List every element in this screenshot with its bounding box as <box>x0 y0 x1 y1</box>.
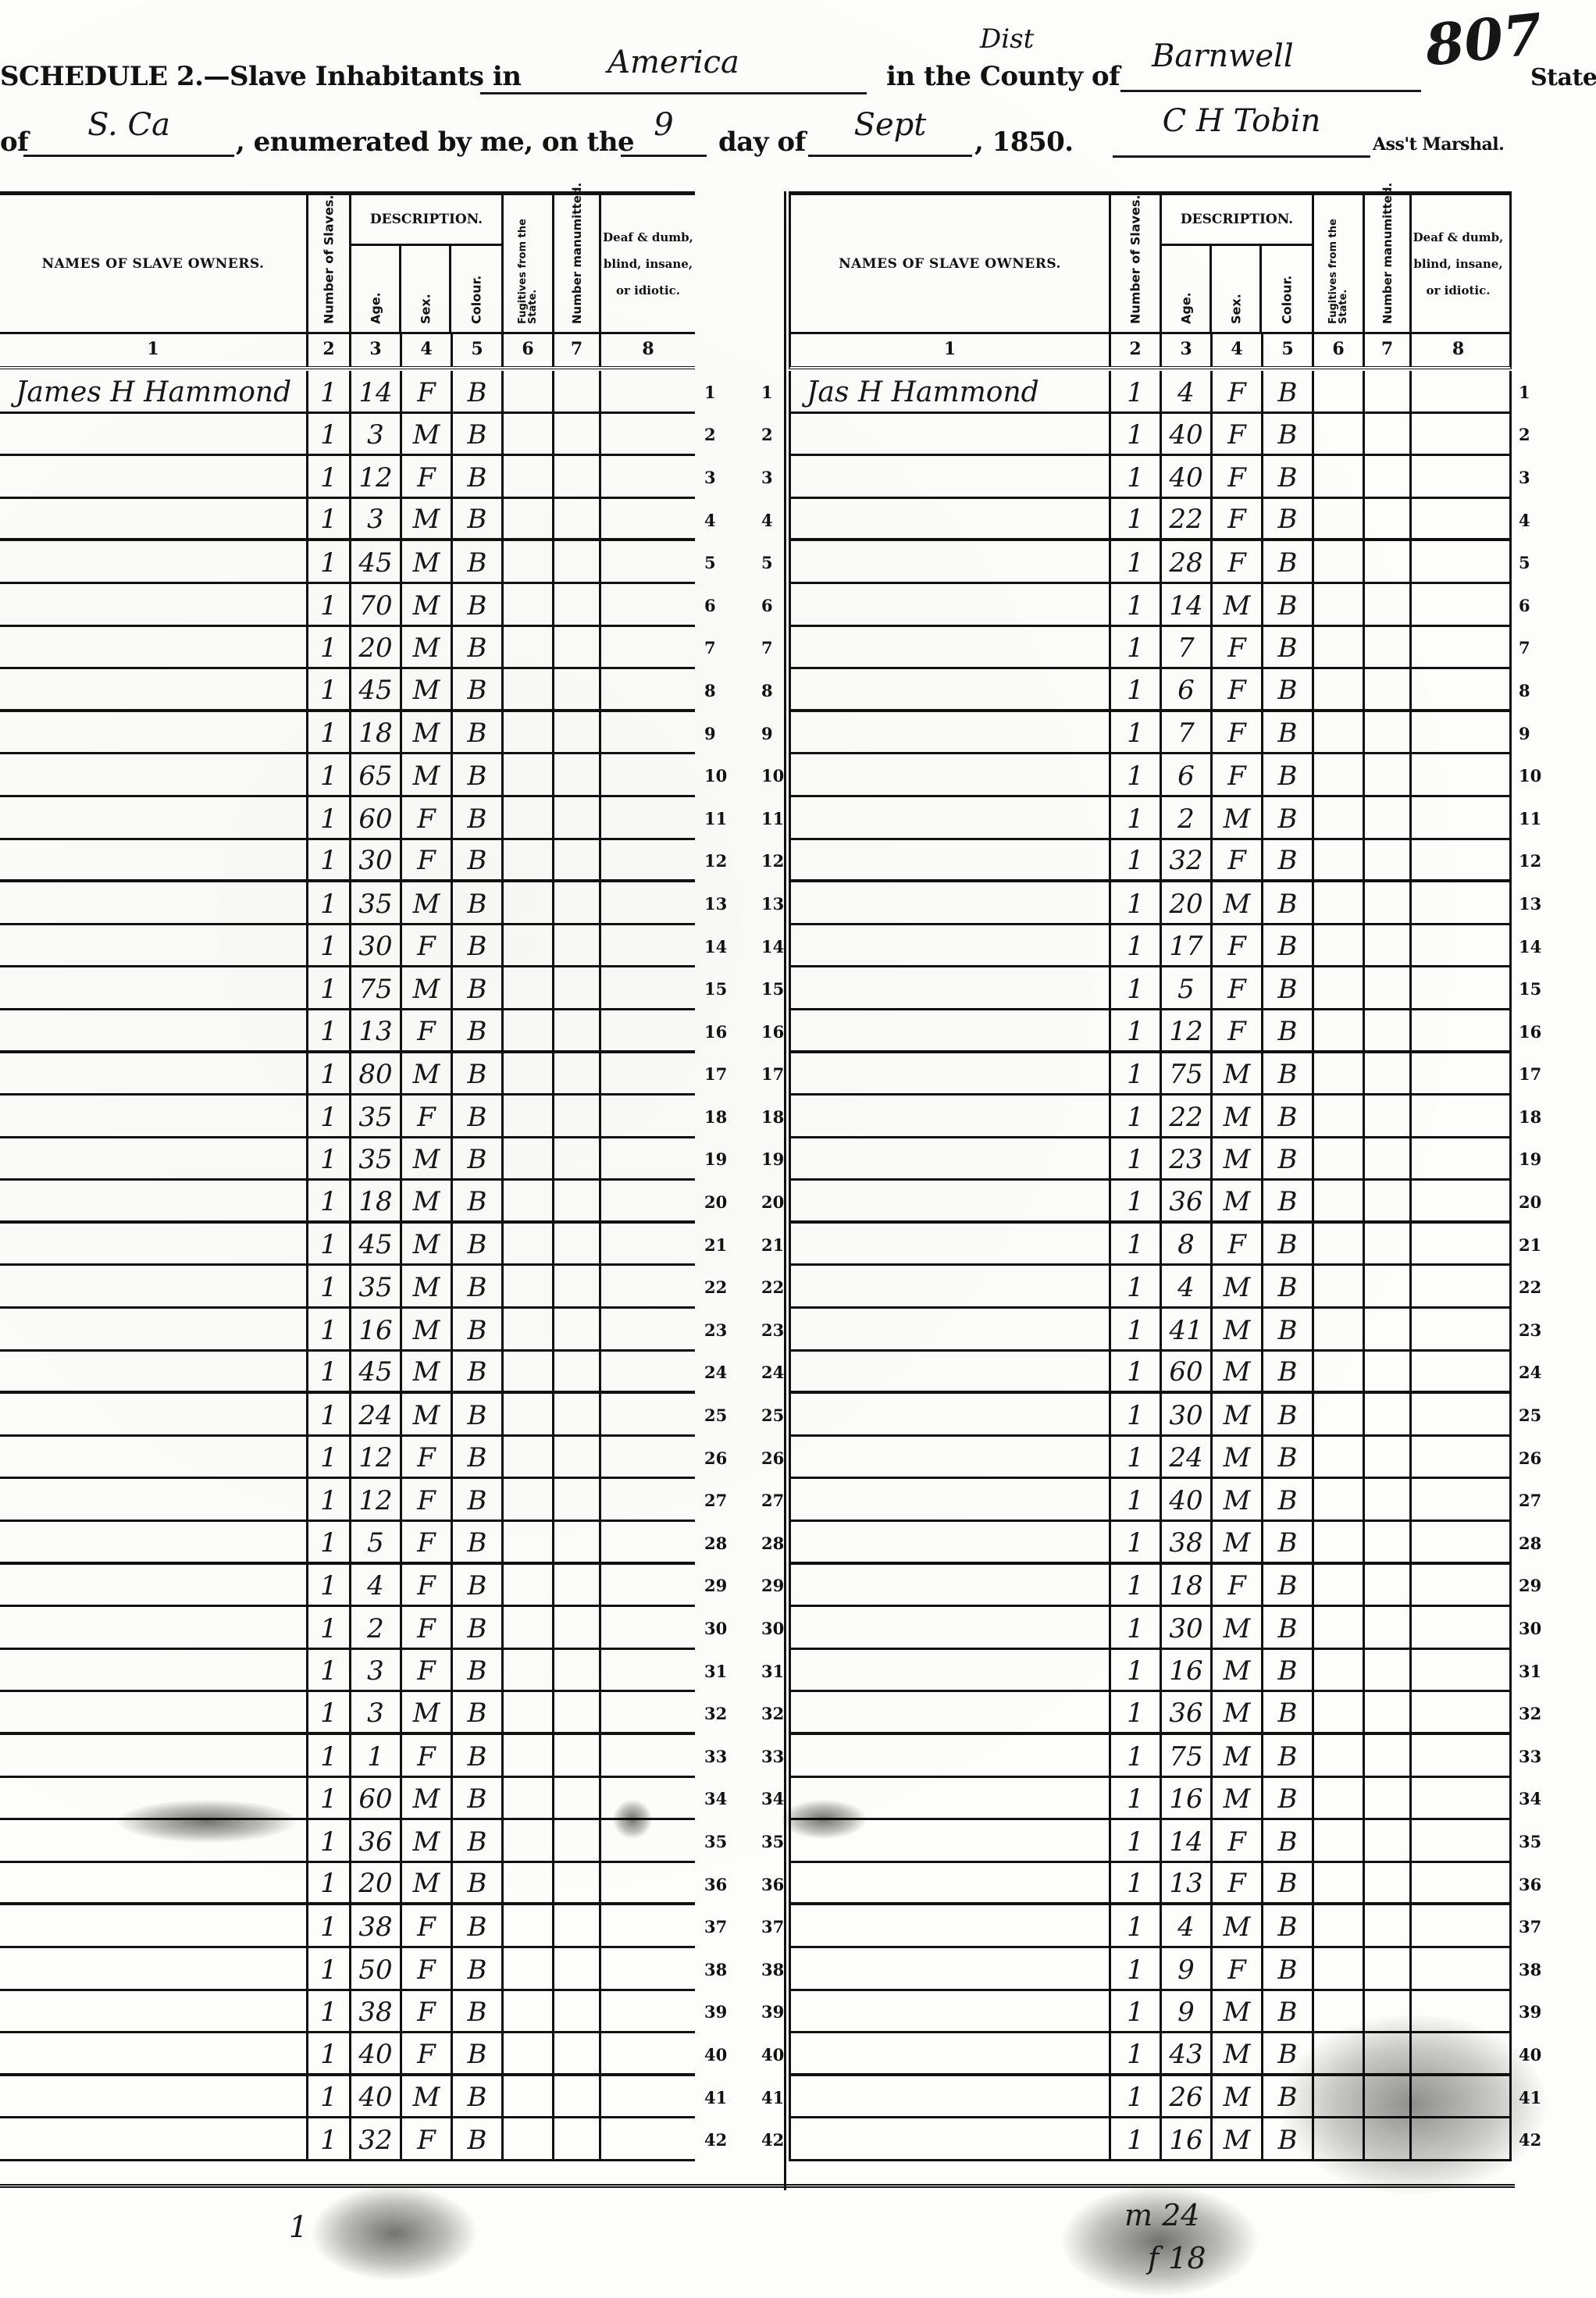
sex-cell: F <box>1213 1565 1263 1605</box>
table-row: 15FB <box>791 967 1509 1010</box>
manumitted-cell <box>1365 1181 1412 1220</box>
county-prefix-label: in the County of <box>886 61 1120 92</box>
owner-name-cell <box>791 499 1111 539</box>
number-of-slaves-cell: 1 <box>308 456 351 497</box>
year-label-wrap: , 1850. <box>974 126 1074 158</box>
manumitted-cell <box>1365 1735 1412 1776</box>
number-of-slaves-cell: 1 <box>308 1735 351 1776</box>
sex-cell: F <box>1213 499 1263 539</box>
table-row: 12MB <box>791 797 1509 840</box>
table-row: 116MB <box>791 1650 1509 1693</box>
owner-name-cell <box>791 1991 1111 2032</box>
colour-cell: B <box>453 712 504 753</box>
owner-name-cell <box>0 1394 308 1434</box>
number-of-slaves-cell: 1 <box>308 1820 351 1861</box>
line-number: 2 <box>704 414 736 457</box>
age-cell: 18 <box>351 712 402 753</box>
sex-cell: M <box>1213 1692 1263 1732</box>
line-number: 17 <box>1519 1053 1566 1096</box>
manumitted-cell <box>1365 925 1412 966</box>
age-cell: 6 <box>1162 669 1213 709</box>
sex-cell: M <box>1213 1991 1263 2032</box>
number-column-header: Number of Slaves. <box>308 195 351 332</box>
line-number: 9 <box>1519 712 1566 755</box>
table-row: 130MB <box>791 1607 1509 1650</box>
age-cell: 16 <box>1162 2118 1213 2159</box>
age-cell: 30 <box>1162 1394 1213 1434</box>
deaf-blind-cell <box>601 1650 695 1691</box>
colour-cell: B <box>453 627 504 668</box>
manumitted-cell <box>1365 712 1412 753</box>
colour-cell: B <box>453 1650 504 1691</box>
owner-name-cell <box>0 1352 308 1391</box>
manumitted-cell <box>1365 882 1412 923</box>
line-number: 21 <box>1519 1224 1566 1267</box>
number-of-slaves-cell: 1 <box>1111 1224 1162 1264</box>
district-note: Dist <box>980 23 1034 55</box>
sex-cell: F <box>402 1650 453 1691</box>
deaf-blind-cell <box>1412 1224 1505 1264</box>
colour-cell: B <box>1263 1650 1314 1691</box>
number-of-slaves-cell: 1 <box>308 1437 351 1477</box>
age-cell: 4 <box>1162 1266 1213 1306</box>
number-of-slaves-cell: 1 <box>308 1863 351 1903</box>
deaf-blind-cell <box>601 1437 695 1477</box>
deaf-blind-cell <box>601 1053 695 1094</box>
sex-cell: M <box>402 1309 453 1349</box>
line-number: 34 <box>1519 1778 1566 1821</box>
age-column-label: Age. <box>368 292 383 324</box>
owner-name-cell <box>0 1607 308 1648</box>
deaf-blind-cell <box>1412 882 1505 923</box>
number-of-slaves-cell: 1 <box>1111 1650 1162 1691</box>
age-cell: 4 <box>351 1565 402 1605</box>
day-value: 9 <box>654 107 673 143</box>
sex-column-header: Sex. <box>1212 246 1262 332</box>
colour-cell: B <box>1263 882 1314 923</box>
table-row: 175MB <box>791 1053 1509 1096</box>
number-of-slaves-cell: 1 <box>1111 541 1162 582</box>
age-cell: 17 <box>1162 925 1213 966</box>
table-row: 116MB <box>0 1309 695 1352</box>
colour-cell: B <box>453 1266 504 1306</box>
line-number: 19 <box>704 1138 736 1181</box>
sex-cell: M <box>1213 1394 1263 1434</box>
table-row: 140FB <box>791 414 1509 457</box>
age-cell: 3 <box>351 1650 402 1691</box>
line-number: 4 <box>704 499 736 542</box>
fugitives-cell <box>504 2076 554 2117</box>
sex-cell: M <box>402 712 453 753</box>
line-number: 26 <box>1519 1437 1566 1480</box>
fugitives-column-header: Fugitives from the State. <box>1314 195 1365 332</box>
deaf-blind-cell <box>601 1309 695 1349</box>
colour-cell: B <box>453 925 504 966</box>
line-number: 37 <box>761 1905 793 1948</box>
table-row: 128FB <box>791 541 1509 584</box>
line-number: 25 <box>1519 1394 1566 1437</box>
table-row: 150FB <box>0 1948 695 1991</box>
sex-cell: M <box>1213 1266 1263 1306</box>
manumitted-cell <box>554 669 601 709</box>
line-number: 15 <box>1519 967 1566 1010</box>
table-row: 138FB <box>0 1991 695 2034</box>
line-number: 7 <box>761 627 793 670</box>
number-of-slaves-cell: 1 <box>1111 2033 1162 2073</box>
line-number: 39 <box>761 1991 793 2034</box>
colour-cell: B <box>453 1522 504 1562</box>
owner-name-cell <box>791 1735 1111 1776</box>
age-cell: 60 <box>1162 1352 1213 1391</box>
ink-smudge <box>312 2186 476 2280</box>
deaf-blind-cell <box>601 2118 695 2159</box>
manumitted-column-label: Number manumitted. <box>1380 183 1395 324</box>
number-of-slaves-cell: 1 <box>1111 669 1162 709</box>
age-column-header: Age. <box>1162 246 1212 332</box>
deaf-blind-cell <box>1412 414 1505 454</box>
table-row: 136MB <box>0 1820 695 1863</box>
fugitives-cell <box>1314 967 1365 1008</box>
manumitted-cell <box>554 754 601 795</box>
age-cell: 3 <box>351 414 402 454</box>
colour-column-label: Colour. <box>469 276 484 324</box>
sex-cell: M <box>1213 2076 1263 2117</box>
manumitted-cell <box>554 1692 601 1732</box>
manumitted-cell <box>554 2033 601 2073</box>
manumitted-cell <box>554 1863 601 1903</box>
manumitted-cell <box>1365 1778 1412 1819</box>
table-row: 13MB <box>0 414 695 457</box>
fugitives-cell <box>1314 1010 1365 1050</box>
line-number: 19 <box>761 1138 793 1181</box>
sex-cell: F <box>1213 712 1263 753</box>
colour-cell: B <box>453 882 504 923</box>
sex-cell: M <box>1213 797 1263 838</box>
sex-cell: F <box>1213 627 1263 668</box>
colour-cell: B <box>453 456 504 497</box>
column-header-row: NAMES OF SLAVE OWNERS. Number of Slaves.… <box>789 191 1512 334</box>
owner-name-cell <box>791 1479 1111 1520</box>
owner-name-cell <box>0 1053 308 1094</box>
age-cell: 7 <box>1162 627 1213 668</box>
owner-name-cell <box>791 627 1111 668</box>
line-number: 28 <box>761 1522 793 1565</box>
page-number: 807 <box>1422 0 1545 78</box>
owner-name-cell <box>0 2033 308 2073</box>
owner-name-cell <box>0 1224 308 1264</box>
line-number: 31 <box>1519 1650 1566 1693</box>
sex-cell: M <box>402 1181 453 1220</box>
line-number: 18 <box>1519 1096 1566 1138</box>
table-row: 135MB <box>0 1266 695 1309</box>
age-cell: 32 <box>351 2118 402 2159</box>
age-cell: 4 <box>1162 371 1213 412</box>
age-cell: 60 <box>351 1778 402 1819</box>
table-row: 135MB <box>0 882 695 925</box>
number-of-slaves-cell: 1 <box>1111 1479 1162 1520</box>
manumitted-cell <box>554 499 601 539</box>
age-cell: 65 <box>351 754 402 795</box>
fugitives-cell <box>1314 1607 1365 1648</box>
number-of-slaves-cell: 1 <box>1111 1820 1162 1861</box>
enumerated-label-wrap: , enumerated by me, on the <box>236 126 634 158</box>
age-cell: 70 <box>351 584 402 625</box>
column-number: 5 <box>453 332 504 366</box>
table-row: 120MB <box>0 1863 695 1906</box>
age-column-label: Age. <box>1178 292 1193 324</box>
line-number: 32 <box>704 1692 736 1735</box>
table-row: 180MB <box>0 1053 695 1096</box>
county-label-wrap: in the County of <box>886 61 1120 92</box>
owner-name-cell <box>791 2118 1111 2159</box>
colour-cell: B <box>1263 1522 1314 1562</box>
number-of-slaves-cell: 1 <box>308 1352 351 1391</box>
number-of-slaves-cell: 1 <box>1111 584 1162 625</box>
sex-cell: M <box>402 414 453 454</box>
sex-cell: M <box>402 882 453 923</box>
line-number: 41 <box>761 2076 793 2119</box>
place-value: America <box>607 45 739 80</box>
owner-name-cell <box>0 797 308 838</box>
line-number: 37 <box>704 1905 736 1948</box>
deaf-blind-cell <box>1412 1607 1505 1648</box>
number-of-slaves-cell: 1 <box>1111 1863 1162 1903</box>
line-number: 4 <box>1519 499 1566 542</box>
fugitives-cell <box>504 1991 554 2032</box>
deaf-label-1: Deaf & dumb, <box>1413 224 1504 251</box>
manumitted-cell <box>554 1394 601 1434</box>
ink-smudge <box>781 1800 867 1839</box>
column-number: 1 <box>0 332 308 366</box>
table-row: 15FB <box>0 1522 695 1565</box>
column-number: 8 <box>601 332 695 366</box>
month-field: Sept <box>808 109 972 157</box>
column-number: 4 <box>1213 332 1263 366</box>
table-row: 19FB <box>791 1948 1509 1991</box>
deaf-blind-cell <box>1412 669 1505 709</box>
colour-cell: B <box>1263 1905 1314 1946</box>
table-row: 14MB <box>791 1266 1509 1309</box>
number-of-slaves-cell: 1 <box>1111 712 1162 753</box>
sex-cell: M <box>402 1778 453 1819</box>
colour-cell: B <box>1263 1820 1314 1861</box>
deaf-blind-cell <box>601 712 695 753</box>
table-row: 124MB <box>0 1394 695 1437</box>
fugitives-cell <box>504 584 554 625</box>
owner-name-cell <box>0 840 308 880</box>
fugitives-cell <box>1314 1266 1365 1306</box>
sex-cell: F <box>1213 1820 1263 1861</box>
colour-cell: B <box>453 840 504 880</box>
deaf-blind-cell <box>1412 541 1505 582</box>
line-number: 28 <box>704 1522 736 1565</box>
owner-name-cell <box>791 1010 1111 1050</box>
line-number: 11 <box>1519 797 1566 840</box>
owner-name-cell: James H Hammond <box>0 371 308 412</box>
table-row: 138MB <box>791 1522 1509 1565</box>
fugitives-column-header: Fugitives from the State. <box>504 195 554 332</box>
age-cell: 75 <box>1162 1735 1213 1776</box>
line-number: 23 <box>704 1309 736 1352</box>
sex-cell: F <box>402 1437 453 1477</box>
fugitives-cell <box>504 541 554 582</box>
table-row: 112FB <box>0 1479 695 1522</box>
line-number: 14 <box>761 925 793 968</box>
line-number: 24 <box>704 1352 736 1395</box>
line-number: 27 <box>704 1479 736 1522</box>
line-number: 9 <box>761 712 793 755</box>
sex-cell: F <box>1213 754 1263 795</box>
deaf-blind-cell <box>1412 1010 1505 1050</box>
deaf-blind-cell <box>1412 1352 1505 1391</box>
manumitted-cell <box>554 1053 601 1094</box>
sex-cell: F <box>402 1607 453 1648</box>
sex-cell: M <box>402 1394 453 1434</box>
deaf-blind-cell <box>1412 1309 1505 1349</box>
deaf-blind-cell <box>1412 967 1505 1008</box>
line-number: 20 <box>1519 1181 1566 1224</box>
deaf-column-header: Deaf & dumb, blind, insane, or idiotic. <box>601 195 695 332</box>
sex-column-label: Sex. <box>1228 294 1243 324</box>
fugitives-cell <box>504 499 554 539</box>
deaf-blind-cell <box>1412 1138 1505 1179</box>
owner-name-cell <box>791 967 1111 1008</box>
colour-cell: B <box>1263 1692 1314 1732</box>
deaf-blind-cell <box>601 882 695 923</box>
number-of-slaves-cell: 1 <box>308 882 351 923</box>
colour-cell: B <box>453 2118 504 2159</box>
owner-column-label: NAMES OF SLAVE OWNERS. <box>42 256 265 272</box>
fugitives-cell <box>1314 797 1365 838</box>
line-number: 5 <box>1519 541 1566 584</box>
sex-cell: F <box>1213 414 1263 454</box>
number-of-slaves-cell: 1 <box>308 669 351 709</box>
owner-name-cell <box>0 1522 308 1562</box>
fugitives-cell <box>1314 499 1365 539</box>
line-number: 1 <box>1519 371 1566 414</box>
fugitives-cell <box>1314 712 1365 753</box>
fugitives-cell <box>1314 1948 1365 1989</box>
owner-name-cell <box>791 541 1111 582</box>
owner-name-cell <box>0 882 308 923</box>
line-number: 10 <box>1519 754 1566 797</box>
colour-column-label: Colour. <box>1280 276 1295 324</box>
age-cell: 30 <box>351 925 402 966</box>
table-row: 140MB <box>0 2076 695 2119</box>
number-of-slaves-cell: 1 <box>308 1607 351 1648</box>
table-row: 116MB <box>791 1778 1509 1821</box>
deaf-blind-cell <box>601 1181 695 1220</box>
line-number: 28 <box>1519 1522 1566 1565</box>
age-cell: 12 <box>1162 1010 1213 1050</box>
fugitives-cell <box>504 1181 554 1220</box>
age-cell: 32 <box>1162 840 1213 880</box>
fugitives-cell <box>504 882 554 923</box>
manumitted-cell <box>554 1309 601 1349</box>
owner-name-cell <box>791 1224 1111 1264</box>
fugitives-cell <box>504 1778 554 1819</box>
age-cell: 16 <box>1162 1778 1213 1819</box>
manumitted-cell <box>554 967 601 1008</box>
age-cell: 75 <box>351 967 402 1008</box>
line-number: 37 <box>1519 1905 1566 1948</box>
deaf-label-3: or idiotic. <box>616 277 680 304</box>
line-number: 1 <box>761 371 793 414</box>
fugitives-cell <box>504 1138 554 1179</box>
deaf-blind-cell <box>1412 371 1505 412</box>
deaf-blind-cell <box>1412 1650 1505 1691</box>
description-header: DESCRIPTION. <box>351 195 501 246</box>
owner-name-cell <box>0 1437 308 1477</box>
sex-cell: M <box>1213 1905 1263 1946</box>
sex-cell: F <box>1213 1948 1263 1989</box>
column-number: 2 <box>308 332 351 366</box>
deaf-blind-cell <box>1412 1735 1505 1776</box>
owner-name-cell <box>791 1565 1111 1605</box>
deaf-label-3: or idiotic. <box>1426 277 1490 304</box>
sex-cell: F <box>1213 840 1263 880</box>
sex-cell: M <box>402 1352 453 1391</box>
age-cell: 38 <box>351 1991 402 2032</box>
age-cell: 12 <box>351 1479 402 1520</box>
colour-cell: B <box>453 2076 504 2117</box>
sex-cell: F <box>402 1096 453 1136</box>
sex-cell: M <box>402 541 453 582</box>
line-number: 27 <box>1519 1479 1566 1522</box>
number-of-slaves-cell: 1 <box>1111 1437 1162 1477</box>
description-column-group: DESCRIPTION. Age. Sex. Colour. <box>351 195 504 332</box>
owner-name-cell <box>791 1394 1111 1434</box>
fugitives-cell <box>504 1948 554 1989</box>
ink-smudge <box>117 1800 297 1843</box>
manumitted-cell <box>1365 967 1412 1008</box>
colour-cell: B <box>453 2033 504 2073</box>
fugitives-cell <box>504 1735 554 1776</box>
age-cell: 40 <box>1162 1479 1213 1520</box>
age-cell: 12 <box>351 456 402 497</box>
sex-cell: F <box>402 925 453 966</box>
right-line-numbers-inner: 1234567891011121314151617181920212223242… <box>761 371 793 2161</box>
line-number: 34 <box>704 1778 736 1821</box>
number-column-header: Number of Slaves. <box>1111 195 1162 332</box>
number-of-slaves-cell: 1 <box>1111 1138 1162 1179</box>
line-number: 12 <box>704 840 736 883</box>
table-row: 18FB <box>791 1224 1509 1267</box>
number-of-slaves-cell: 1 <box>1111 797 1162 838</box>
table-row: 16FB <box>791 669 1509 712</box>
age-cell: 13 <box>351 1010 402 1050</box>
table-row: 136MB <box>791 1181 1509 1224</box>
number-of-slaves-cell: 1 <box>308 2076 351 2117</box>
number-of-slaves-cell: 1 <box>1111 754 1162 795</box>
manumitted-cell <box>554 1266 601 1306</box>
fugitives-cell <box>504 627 554 668</box>
fugitives-cell <box>504 2118 554 2159</box>
age-cell: 28 <box>1162 541 1213 582</box>
line-number: 17 <box>761 1053 793 1096</box>
manumitted-cell <box>1365 1692 1412 1732</box>
fugitives-cell <box>504 925 554 966</box>
state-label-wrap: State <box>1530 64 1596 91</box>
year-label: , 1850. <box>974 126 1074 158</box>
line-number: 22 <box>1519 1266 1566 1309</box>
line-number: 24 <box>761 1352 793 1395</box>
manumitted-cell <box>554 1565 601 1605</box>
table-row: 175MB <box>791 1735 1509 1778</box>
fugitives-cell <box>504 371 554 412</box>
sex-cell: F <box>402 1565 453 1605</box>
line-number: 25 <box>704 1394 736 1437</box>
